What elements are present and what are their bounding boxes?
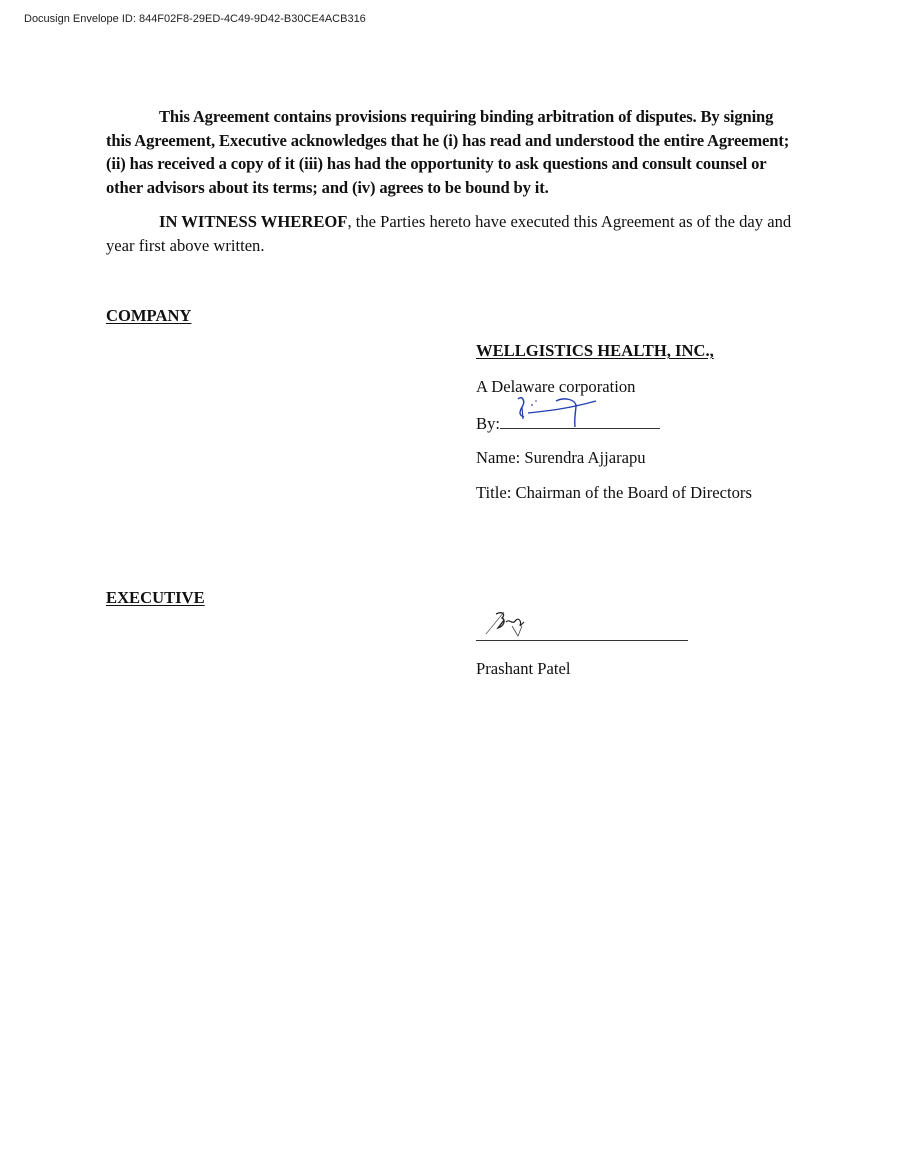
executive-signature-icon — [482, 608, 532, 642]
company-signer-name: Name: Surendra Ajjarapu — [476, 448, 646, 468]
arbitration-paragraph: This Agreement contains provisions requi… — [106, 105, 800, 199]
company-signer-title: Title: Chairman of the Board of Director… — [476, 483, 752, 503]
executive-signature-line — [476, 640, 688, 641]
company-signature-icon — [512, 393, 602, 431]
executive-heading: EXECUTIVE — [106, 588, 205, 608]
company-heading: COMPANY — [106, 306, 191, 326]
company-name: WELLGISTICS HEALTH, INC., — [476, 341, 714, 361]
witness-lead: IN WITNESS WHEREOF — [159, 212, 347, 231]
executive-name: Prashant Patel — [476, 659, 570, 679]
docusign-envelope-id: Docusign Envelope ID: 844F02F8-29ED-4C49… — [24, 13, 366, 25]
by-label: By: — [476, 414, 500, 433]
witness-paragraph: IN WITNESS WHEREOF, the Parties hereto h… — [106, 210, 800, 257]
arbitration-text: This Agreement contains provisions requi… — [106, 107, 789, 197]
